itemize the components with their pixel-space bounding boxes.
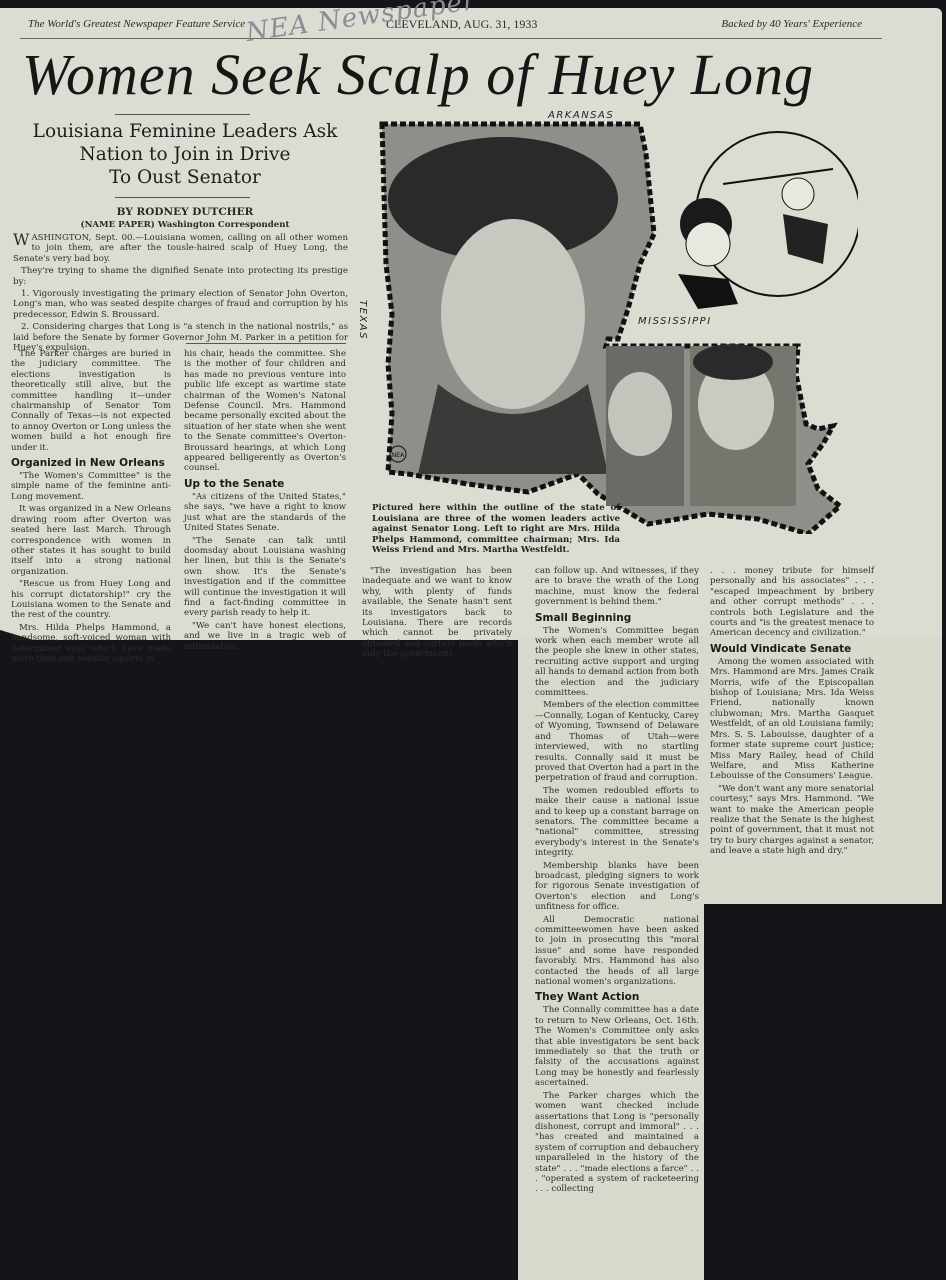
deck-line: Louisiana Feminine Leaders Ask — [8, 120, 362, 143]
deck-line: Nation to Join in Drive — [8, 143, 362, 166]
masthead-slogan: The World's Greatest Newspaper Feature S… — [28, 18, 245, 30]
subhead: Small Beginning — [535, 612, 699, 624]
label-mississippi: MISSISSIPPI — [638, 316, 712, 327]
subhead: Organized in New Orleans — [11, 457, 171, 469]
article-column-5: . . . money tribute for himself personal… — [710, 566, 874, 859]
byline-title: (NAME PAPER) Washington Correspondent — [0, 220, 370, 230]
dropcap: W — [13, 233, 29, 247]
article-column-2: his chair, heads the committee. She is t… — [184, 349, 346, 654]
divider — [115, 114, 250, 115]
masthead-tagline: Backed by 40 Years' Experience — [721, 18, 862, 30]
subhead: Would Vindicate Senate — [710, 643, 874, 655]
louisiana-photo-map: NEA — [378, 114, 858, 534]
divider — [115, 197, 250, 198]
article-column-1: The Parker charges are buried in the jud… — [11, 349, 171, 666]
article-column-4: can follow up. And witnesses, if they ar… — [535, 566, 699, 1197]
byline-author: BY RODNEY DUTCHER — [0, 206, 370, 218]
headline: Women Seek Scalp of Huey Long — [22, 40, 902, 110]
label-texas: TEXAS — [357, 300, 368, 340]
deck-line: To Oust Senator — [8, 166, 362, 189]
divider — [186, 343, 346, 344]
label-arkansas: ARKANSAS — [548, 110, 614, 121]
article-column-3: "The investigation has been inadequate a… — [362, 566, 512, 662]
photo-caption: Pictured here within the outline of the … — [372, 503, 620, 556]
svg-text:NEA: NEA — [392, 452, 405, 459]
article-lede: WASHINGTON, Sept. 00.—Louisiana women, c… — [13, 233, 348, 355]
subhead: They Want Action — [535, 991, 699, 1003]
deck: Louisiana Feminine Leaders Ask Nation to… — [8, 120, 362, 189]
subhead: Up to the Senate — [184, 478, 346, 490]
